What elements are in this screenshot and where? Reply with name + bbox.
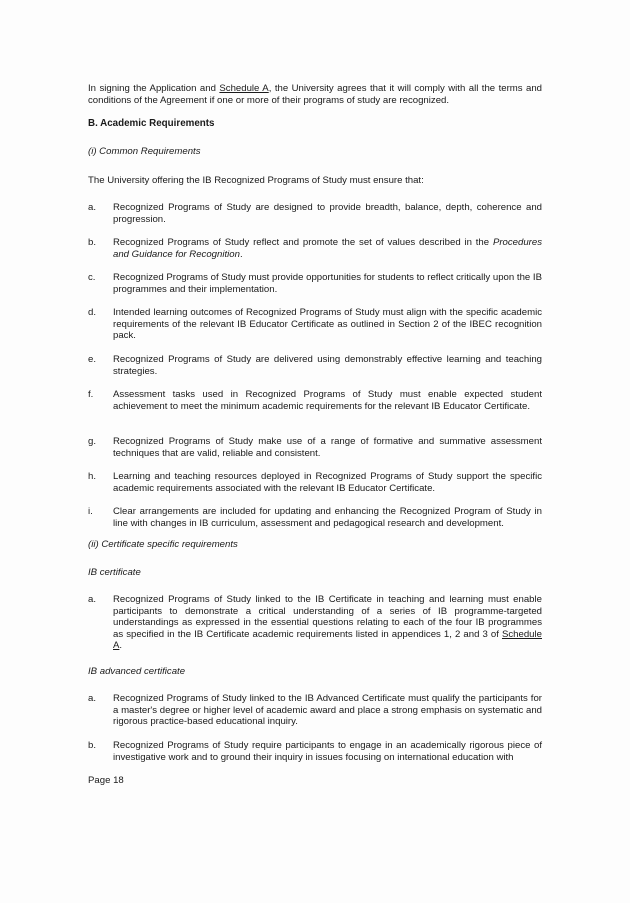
item-label: i. [88, 506, 108, 518]
ib-certificate-item-a: a. Recognized Programs of Study linked t… [88, 594, 542, 652]
item-label: a. [88, 202, 108, 214]
item-label: e. [88, 354, 108, 366]
page-number: Page 18 [88, 775, 124, 787]
common-lead: The University offering the IB Recognize… [88, 175, 542, 187]
item-text: Recognized Programs of Study must provid… [113, 272, 542, 295]
certificate-specific-heading: (ii) Certificate specific requirements [88, 539, 542, 551]
item-text: Recognized Programs of Study linked to t… [113, 594, 542, 652]
intro-paragraph: In signing the Application and Schedule … [88, 83, 542, 106]
item-label: b. [88, 237, 108, 249]
list-item-d: d. Intended learning outcomes of Recogni… [88, 307, 542, 342]
intro-text: In signing the Application and [88, 83, 219, 94]
ib-advanced-item-b: b. Recognized Programs of Study require … [88, 740, 542, 763]
item-text: Recognized Programs of Study reflect and… [113, 237, 542, 260]
list-item-e: e. Recognized Programs of Study are deli… [88, 354, 542, 377]
list-item-h: h. Learning and teaching resources deplo… [88, 471, 542, 494]
item-text: Recognized Programs of Study linked to t… [113, 693, 542, 728]
item-label: c. [88, 272, 108, 284]
ib-advanced-certificate-heading: IB advanced certificate [88, 666, 542, 678]
item-text: Learning and teaching resources deployed… [113, 471, 542, 494]
item-label: g. [88, 436, 108, 448]
item-label: h. [88, 471, 108, 483]
item-label: d. [88, 307, 108, 319]
item-text: Clear arrangements are included for upda… [113, 506, 542, 529]
list-item-a: a. Recognized Programs of Study are desi… [88, 202, 542, 225]
schedule-a-link[interactable]: Schedule A [219, 83, 268, 94]
item-text: Recognized Programs of Study are deliver… [113, 354, 542, 377]
item-text: Assessment tasks used in Recognized Prog… [113, 389, 542, 412]
list-item-f: f. Assessment tasks used in Recognized P… [88, 389, 542, 412]
list-item-b: b. Recognized Programs of Study reflect … [88, 237, 542, 260]
item-text: Intended learning outcomes of Recognized… [113, 307, 542, 342]
item-label: f. [88, 389, 108, 401]
item-text: Recognized Programs of Study are designe… [113, 202, 542, 225]
item-text: Recognized Programs of Study require par… [113, 740, 542, 763]
section-b-heading: B. Academic Requirements [88, 118, 542, 130]
item-label: a. [88, 693, 108, 705]
list-item-c: c. Recognized Programs of Study must pro… [88, 272, 542, 295]
item-text: Recognized Programs of Study make use of… [113, 436, 542, 459]
ib-advanced-item-a: a. Recognized Programs of Study linked t… [88, 693, 542, 728]
item-label: b. [88, 740, 108, 752]
common-requirements-heading: (i) Common Requirements [88, 146, 542, 158]
list-item-g: g. Recognized Programs of Study make use… [88, 436, 542, 459]
item-label: a. [88, 594, 108, 606]
ib-certificate-heading: IB certificate [88, 567, 542, 579]
list-item-i: i. Clear arrangements are included for u… [88, 506, 542, 529]
